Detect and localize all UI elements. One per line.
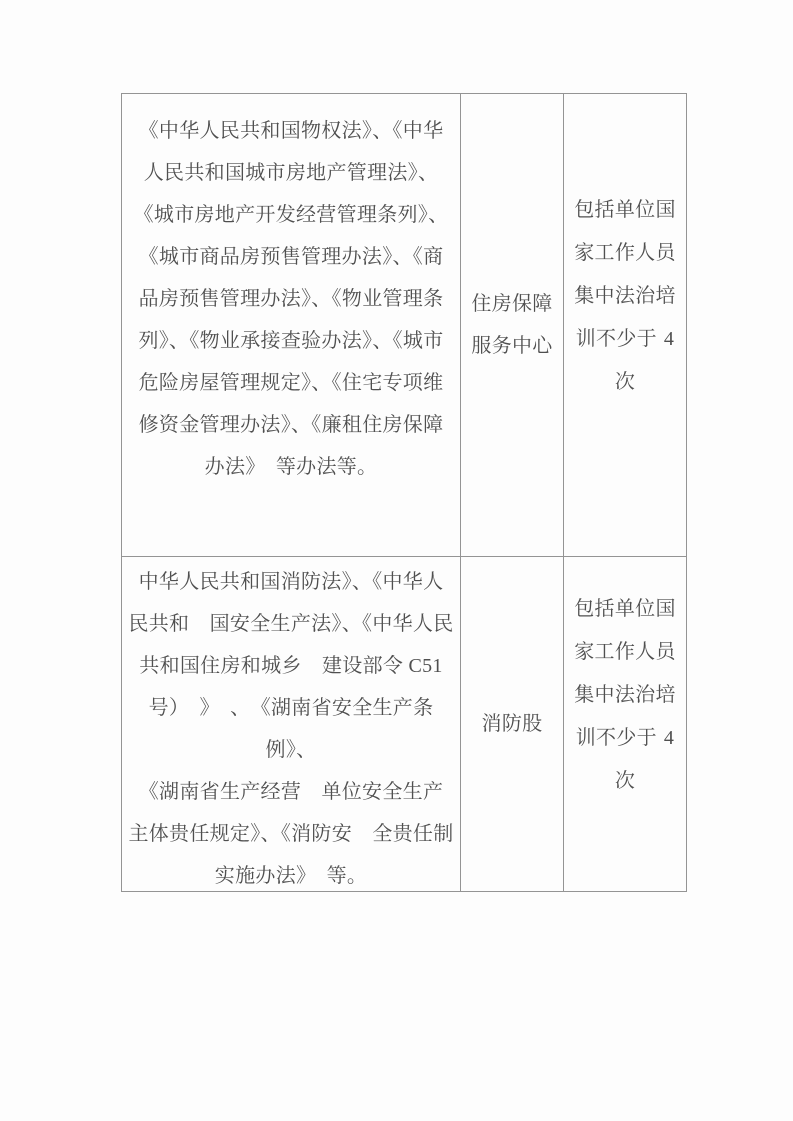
- table-cell-requirement-row2: 包括单位国 家工作人员 集中法治培 训不少于 4 次: [563, 556, 686, 891]
- table-cell-department-row2: 消防股: [460, 556, 563, 891]
- table-cell-department-row1: 住房保障 服务中心: [460, 94, 563, 556]
- table-cell-laws-row1: 《中华人民共和国物权法》、《中华 人民共和国城市房地产管理法》、 《城市房地产开…: [122, 94, 460, 556]
- training-plan-table: 《中华人民共和国物权法》、《中华 人民共和国城市房地产管理法》、 《城市房地产开…: [121, 93, 687, 892]
- table-cell-laws-row2: 中华人民共和国消防法》、《中华人 民共和 国安全生产法》、《中华人民 共和国住房…: [122, 556, 460, 891]
- table-cell-requirement-row1: 包括单位国 家工作人员 集中法治培 训不少于 4 次: [563, 94, 686, 556]
